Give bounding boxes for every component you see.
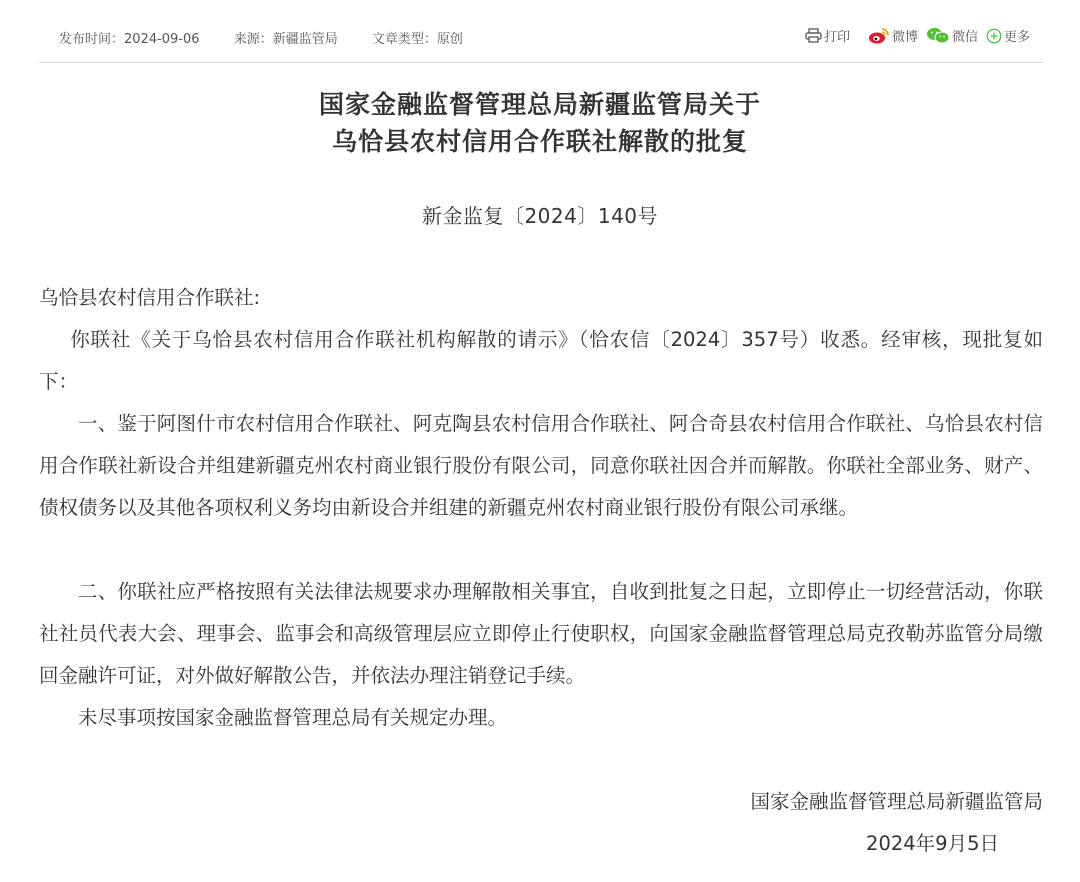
weibo-share-button[interactable]: 微博 (868, 26, 918, 45)
article-type: 文章类型：原创 (372, 32, 463, 47)
more-label: 更多 (1004, 26, 1030, 45)
plus-circle-icon (986, 28, 1002, 44)
wechat-label: 微信 (952, 26, 978, 45)
document-title: 国家金融监督管理总局新疆监管局关于 乌恰县农村信用合作联社解散的批复 (0, 86, 1080, 160)
paragraph-item-2: 二、你联社应严格按照有关法律法规要求办理解散相关事宜，自收到批复之日起，立即停止… (39, 571, 1043, 697)
addressee: 乌恰县农村信用合作联社: (39, 277, 1043, 319)
printer-icon (805, 28, 822, 43)
weibo-icon (868, 27, 890, 44)
publish-time: 发布时间：2024-09-06 (59, 32, 200, 47)
title-line-2: 乌恰县农村信用合作联社解散的批复 (0, 123, 1080, 160)
source-value: 新疆监管局 (273, 32, 338, 47)
signature-date: 2024年9月5日 (750, 823, 1043, 865)
publish-time-label: 发布时间： (59, 32, 124, 47)
wechat-share-button[interactable]: 微信 (926, 26, 978, 45)
share-toolbar: 打印 微博 微信 更多 (805, 26, 1030, 45)
wechat-icon (926, 27, 950, 44)
more-share-button[interactable]: 更多 (986, 26, 1030, 45)
signature-block: 国家金融监督管理总局新疆监管局 2024年9月5日 (750, 781, 1043, 865)
signature-org: 国家金融监督管理总局新疆监管局 (750, 781, 1043, 823)
article-type-value: 原创 (437, 32, 463, 47)
source-label: 来源： (234, 32, 273, 47)
paragraph-closing: 未尽事项按国家金融监督管理总局有关规定办理。 (39, 697, 1043, 739)
article-meta: 发布时间：2024-09-06 来源：新疆监管局 文章类型：原创 (59, 28, 493, 47)
weibo-label: 微博 (892, 26, 918, 45)
source: 来源：新疆监管局 (234, 32, 338, 47)
print-button[interactable]: 打印 (805, 26, 850, 45)
print-label: 打印 (824, 26, 850, 45)
title-line-1: 国家金融监督管理总局新疆监管局关于 (0, 86, 1080, 123)
article-type-label: 文章类型： (372, 32, 437, 47)
document-number: 新金监复〔2024〕140号 (0, 200, 1080, 229)
publish-time-value: 2024-09-06 (124, 32, 200, 47)
paragraph-item-1: 一、鉴于阿图什市农村信用合作联社、阿克陶县农村信用合作联社、阿合奇县农村信用合作… (39, 403, 1043, 529)
paragraph-intro: 你联社《关于乌恰县农村信用合作联社机构解散的请示》（恰农信〔2024〕357号）… (39, 319, 1043, 403)
